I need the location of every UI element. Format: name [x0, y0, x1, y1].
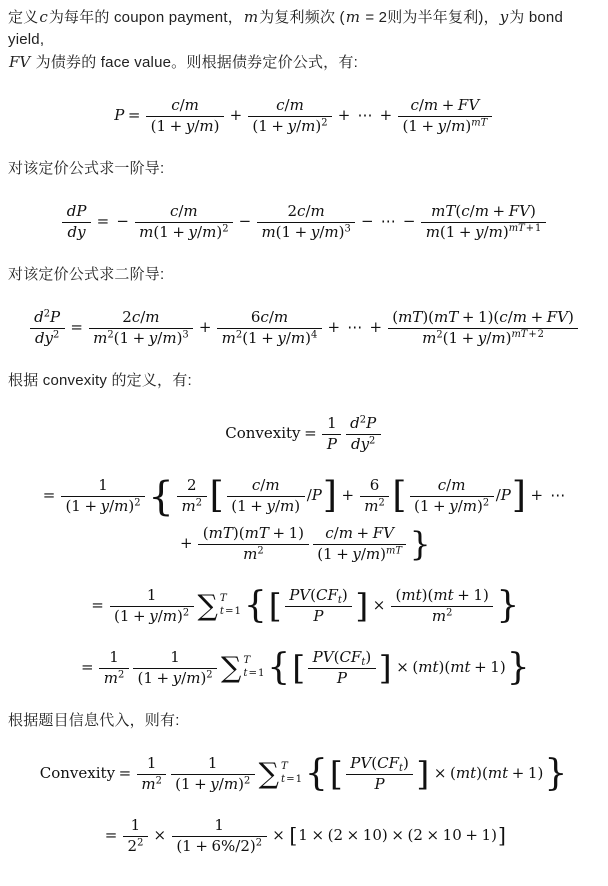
numeric-substitution-formula: =122×1(1+6%/2)2×[1×(2×10)×(2×10+1)] — [8, 816, 600, 856]
math-variable: m — [345, 8, 361, 26]
fraction: 1(1+y/m)2 — [110, 586, 194, 626]
paragraph-text: 对该定价公式求二阶导: — [8, 266, 164, 283]
equation-line: +(mT)(mT+1)m2c/m+FV(1+y/m)mT} — [8, 524, 600, 564]
big-delimiter: [ — [329, 754, 344, 793]
summation: ∑Tt=1 — [198, 593, 242, 619]
big-delimiter: { — [147, 472, 175, 520]
summation: ∑Tt=1 — [221, 655, 265, 681]
fraction: c/m(1+y/m) — [227, 476, 305, 516]
fraction: c/mm(1+y/m)2 — [135, 202, 233, 242]
paragraph-text: 根据 convexity 的定义，有: — [8, 372, 192, 389]
fraction: 2c/mm(1+y/m)3 — [257, 202, 355, 242]
second-derivative-formula: d2Pdy2=2c/mm2(1+y/m)3+6c/mm2(1+y/m)4+⋯+(… — [8, 308, 600, 348]
convexity-simplified-formula: =1m21(1+y/m)2∑Tt=1{[PV(CFt)P]×(mt)(mt+1)… — [8, 648, 600, 688]
equation-line: d2Pdy2=2c/mm2(1+y/m)3+6c/mm2(1+y/m)4+⋯+(… — [8, 308, 600, 348]
equation-line: Convexity=1Pd2Pdy2 — [8, 414, 600, 454]
superscript: 2 — [222, 223, 228, 234]
big-delimiter: ] — [497, 824, 507, 848]
superscript: 2 — [379, 497, 385, 508]
big-delimiter: { — [266, 647, 291, 688]
math-variable: FV — [8, 53, 31, 71]
convexity-expansion-formula: =1(1+y/m)2{2m2[c/m(1+y/m)/P]+6m2[c/m(1+y… — [8, 476, 600, 564]
superscript: 2 — [257, 545, 263, 556]
fraction: mT(c/m+FV)m(1+y/m)mT+1 — [421, 202, 546, 242]
fraction: c/m+FV(1+y/m)mT — [313, 524, 407, 564]
bond-price-formula: P=c/m(1+y/m)+c/m(1+y/m)2+⋯+c/m+FV(1+y/m)… — [8, 96, 600, 136]
big-delimiter: [ — [291, 648, 306, 687]
fraction: c/m+FV(1+y/m)mT — [398, 96, 492, 136]
math-variable: y — [499, 8, 509, 26]
equation-line: =1(1+y/m)2∑Tt=1{[PV(CFt)P]×(mt)(mt+1)m2} — [8, 586, 600, 626]
fraction: 122 — [123, 816, 148, 856]
fraction: 1P — [322, 414, 341, 454]
paragraph-text: 对该定价公式求一阶导: — [8, 160, 164, 177]
superscript: 2 — [321, 117, 327, 128]
superscript: 2 — [134, 497, 140, 508]
equation-line: dPdy=−c/mm(1+y/m)2−2c/mm(1+y/m)3−⋯−mT(c/… — [8, 202, 600, 242]
equation-line: =1m21(1+y/m)2∑Tt=1{[PV(CFt)P]×(mt)(mt+1)… — [8, 648, 600, 688]
big-delimiter: ] — [415, 754, 430, 793]
equation-line: Convexity=1m21(1+y/m)2∑Tt=1{[PV(CFt)P]×(… — [8, 754, 600, 794]
paragraph-text: 定义 — [8, 9, 38, 26]
convexity-definition-heading: 根据 convexity 的定义，有: — [8, 370, 600, 392]
superscript: 2 — [446, 607, 452, 618]
big-delimiter: [ — [209, 475, 225, 516]
superscript: mT — [471, 117, 487, 128]
first-derivative-formula: dPdy=−c/mm(1+y/m)2−2c/mm(1+y/m)3−⋯−mT(c/… — [8, 202, 600, 242]
fraction: PV(CFt)P — [308, 648, 376, 688]
big-delimiter: } — [495, 585, 520, 626]
superscript: 2 — [244, 775, 250, 786]
fraction: (mt)(mt+1)m2 — [391, 586, 493, 626]
fraction: PV(CFt)P — [346, 754, 414, 794]
superscript: 3 — [182, 329, 188, 340]
math-variable: c — [38, 8, 48, 26]
superscript: 4 — [311, 329, 317, 340]
big-delimiter: ] — [511, 475, 527, 516]
fraction: 1m2 — [137, 754, 167, 794]
fraction: c/m(1+y/m)2 — [410, 476, 494, 516]
big-delimiter: [ — [288, 824, 298, 848]
fraction: 1(1+y/m)2 — [61, 476, 145, 516]
equation-line: =1(1+y/m)2{2m2[c/m(1+y/m)/P]+6m2[c/m(1+y… — [8, 476, 600, 516]
superscript: mT+1 — [509, 223, 542, 234]
fraction: c/m(1+y/m)2 — [248, 96, 332, 136]
paragraph-text: 为复利频次 ( — [259, 9, 345, 26]
substitution-heading: 根据题目信息代入，则有: — [8, 710, 600, 732]
superscript: 3 — [344, 223, 350, 234]
big-delimiter: { — [304, 753, 329, 794]
equation-line: =122×1(1+6%/2)2×[1×(2×10)×(2×10+1)] — [8, 816, 600, 856]
fraction: c/m(1+y/m) — [146, 96, 224, 136]
superscript: 2 — [156, 775, 162, 786]
superscript: 2 — [369, 435, 375, 446]
fraction: 1(1+y/m)2 — [171, 754, 255, 794]
fraction: dPdy — [62, 202, 91, 242]
superscript: 2 — [206, 669, 212, 680]
convexity-sum-formula: =1(1+y/m)2∑Tt=1{[PV(CFt)P]×(mt)(mt+1)m2} — [8, 586, 600, 626]
fraction: 1m2 — [99, 648, 129, 688]
superscript: 2 — [53, 329, 59, 340]
summation: ∑Tt=1 — [259, 761, 303, 787]
big-delimiter: ] — [322, 475, 338, 516]
superscript: 2 — [256, 837, 262, 848]
superscript: 2 — [118, 669, 124, 680]
big-delimiter: ] — [378, 648, 393, 687]
first-derivative-heading: 对该定价公式求一阶导: — [8, 158, 600, 180]
fraction: 1(1+y/m)2 — [133, 648, 217, 688]
fraction: 6m2 — [360, 476, 390, 516]
second-derivative-heading: 对该定价公式求二阶导: — [8, 264, 600, 286]
fraction: 1(1+6%/2)2 — [172, 816, 267, 856]
big-delimiter: [ — [268, 586, 283, 625]
big-delimiter: } — [543, 753, 568, 794]
math-variable: m — [243, 8, 259, 26]
fraction: d2Pdy2 — [346, 414, 381, 454]
fraction: (mT)(mT+1)m2 — [198, 524, 308, 564]
big-delimiter: } — [506, 647, 531, 688]
superscript: mT — [386, 545, 402, 556]
paragraph-text: 为债券的 face value。则根据债券定价公式，有: — [31, 54, 358, 71]
superscript: 2 — [183, 607, 189, 618]
superscript: 2 — [483, 497, 489, 508]
superscript: 2 — [137, 837, 143, 848]
fraction: 2m2 — [177, 476, 207, 516]
fraction: d2Pdy2 — [30, 308, 65, 348]
intro-paragraph: 定义c为每年的 coupon payment，m为复利频次 (m = 2则为半年… — [8, 6, 600, 74]
fraction: 2c/mm2(1+y/m)3 — [89, 308, 194, 348]
fraction: 6c/mm2(1+y/m)4 — [217, 308, 322, 348]
fraction: (mT)(mT+1)(c/m+FV)m2(1+y/m)mT+2 — [388, 308, 579, 348]
big-delimiter: [ — [391, 475, 407, 516]
paragraph-text: 根据题目信息代入，则有: — [8, 712, 180, 729]
document-body: 定义c为每年的 coupon payment，m为复利频次 (m = 2则为半年… — [0, 0, 608, 856]
big-delimiter: { — [243, 585, 268, 626]
paragraph-text: = 2则为半年复利)， — [361, 9, 499, 26]
fraction: PV(CFt)P — [285, 586, 353, 626]
superscript: mT+2 — [511, 329, 544, 340]
convexity-definition-formula: Convexity=1Pd2Pdy2 — [8, 414, 600, 454]
big-delimiter: ] — [354, 586, 369, 625]
superscript: 2 — [196, 497, 202, 508]
big-delimiter: } — [409, 524, 432, 563]
convexity-substituted-formula: Convexity=1m21(1+y/m)2∑Tt=1{[PV(CFt)P]×(… — [8, 754, 600, 794]
paragraph-text: 为每年的 coupon payment， — [49, 9, 243, 26]
equation-line: P=c/m(1+y/m)+c/m(1+y/m)2+⋯+c/m+FV(1+y/m)… — [8, 96, 600, 136]
